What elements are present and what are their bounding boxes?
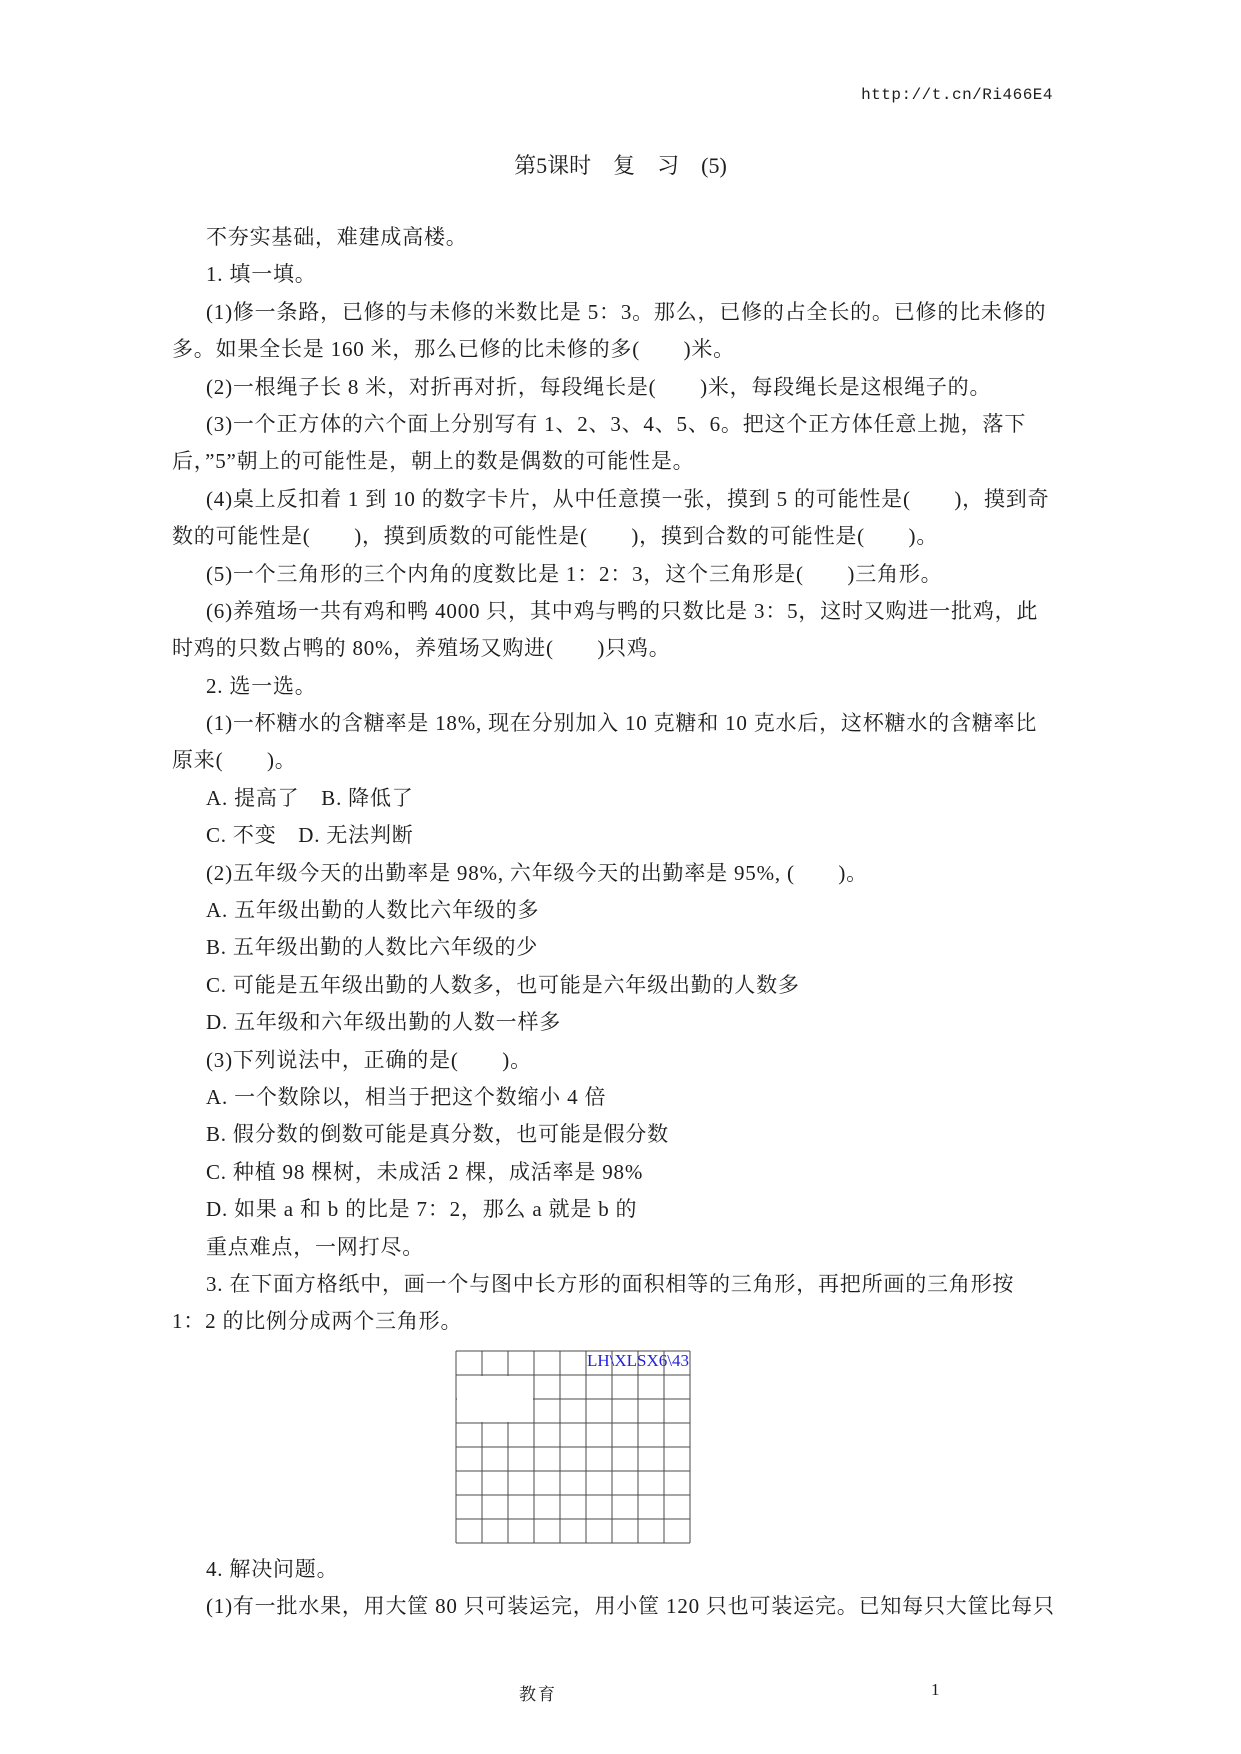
text-line: 不夯实基础，难建成高楼。 (172, 219, 1102, 256)
text-line: (4)桌上反扣着 1 到 10 的数字卡片，从中任意摸一张，摸到 5 的可能性是… (172, 481, 1102, 518)
text-line: (1)修一条路，已修的与未修的米数比是 5：3。那么，已修的占全长的。已修的比未… (172, 294, 1102, 331)
text-line: A. 五年级出勤的人数比六年级的多 (172, 892, 1102, 929)
text-line: 数的可能性是( )，摸到质数的可能性是( )，摸到合数的可能性是( )。 (172, 518, 1102, 555)
header-url: http://t.cn/Ri466E4 (861, 86, 1053, 104)
text-line: (2)一根绳子长 8 米，对折再对折，每段绳长是( )米，每段绳长是这根绳子的。 (172, 369, 1102, 406)
text-line: A. 提高了 B. 降低了 (172, 780, 1102, 817)
grid-paper (455, 1350, 691, 1544)
text-line: (1)一杯糖水的含糖率是 18%, 现在分别加入 10 克糖和 10 克水后，这… (172, 705, 1102, 742)
text-line: (6)养殖场一共有鸡和鸭 4000 只，其中鸡与鸭的只数比是 3：5，这时又购进… (172, 593, 1102, 630)
text-line: (1)有一批水果，用大筐 80 只可装运完，用小筐 120 只也可装运完。已知每… (172, 1588, 1102, 1625)
text-line: A. 一个数除以，相当于把这个数缩小 4 倍 (172, 1079, 1102, 1116)
text-line: B. 假分数的倒数可能是真分数，也可能是假分数 (172, 1116, 1102, 1153)
page-title: 第5课时 复 习 (5) (0, 149, 1241, 180)
text-line: 重点难点，一网打尽。 (172, 1229, 1102, 1266)
text-line: 后，”5”朝上的可能性是，朝上的数是偶数的可能性是。 (172, 443, 1102, 480)
text-line: C. 可能是五年级出勤的人数多，也可能是六年级出勤的人数多 (172, 967, 1102, 1004)
grid-figure: LH\XLSX6\43 (455, 1350, 693, 1546)
text-line: D. 如果 a 和 b 的比是 7：2，那么 a 就是 b 的 (172, 1191, 1102, 1228)
text-line: D. 五年级和六年级出勤的人数一样多 (172, 1004, 1102, 1041)
worksheet-body: 不夯实基础，难建成高楼。 1. 填一填。 (1)修一条路，已修的与未修的米数比是… (172, 219, 1102, 1341)
text-line: 原来( )。 (172, 742, 1102, 779)
text-line: 1：2 的比例分成两个三角形。 (172, 1303, 1102, 1340)
footer-page-number: 1 (931, 1680, 940, 1700)
text-line: (3)一个正方体的六个面上分别写有 1、2、3、4、5、6。把这个正方体任意上抛… (172, 406, 1102, 443)
text-line: (5)一个三角形的三个内角的度数比是 1：2：3，这个三角形是( )三角形。 (172, 556, 1102, 593)
text-line: 时鸡的只数占鸭的 80%，养殖场又购进( )只鸡。 (172, 630, 1102, 667)
worksheet-body-2: 4. 解决问题。 (1)有一批水果，用大筐 80 只可装运完，用小筐 120 只… (172, 1551, 1102, 1626)
grid-watermark-label: LH\XLSX6\43 (587, 1351, 689, 1371)
text-line: C. 种植 98 棵树，未成活 2 棵，成活率是 98% (172, 1154, 1102, 1191)
footer-publisher: 教育 (519, 1680, 557, 1705)
page: http://t.cn/Ri466E4 第5课时 复 习 (5) 不夯实基础，难… (0, 0, 1241, 1754)
text-line: 多。如果全长是 160 米，那么已修的比未修的多( )米。 (172, 331, 1102, 368)
text-line: (3)下列说法中，正确的是( )。 (172, 1042, 1102, 1079)
text-line: 3. 在下面方格纸中，画一个与图中长方形的面积相等的三角形，再把所画的三角形按 (172, 1266, 1102, 1303)
text-line: 2. 选一选。 (172, 668, 1102, 705)
text-line: B. 五年级出勤的人数比六年级的少 (172, 929, 1102, 966)
text-line: C. 不变 D. 无法判断 (172, 817, 1102, 854)
text-line: 4. 解决问题。 (172, 1551, 1102, 1588)
text-line: 1. 填一填。 (172, 256, 1102, 293)
text-line: (2)五年级今天的出勤率是 98%, 六年级今天的出勤率是 95%, ( )。 (172, 855, 1102, 892)
